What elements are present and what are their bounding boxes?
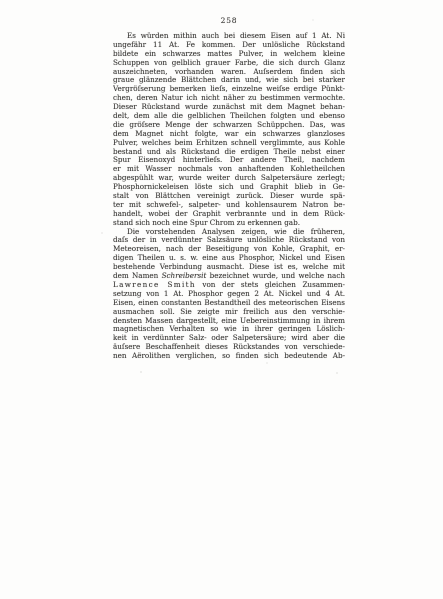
text-line: er mit Wasser nochmals von anhaftenden K… (113, 165, 345, 174)
text-segment: ungefähr 11 At. Fe kommen. Der unlöslich… (113, 41, 345, 49)
text-line: Lawrence Smith von der stets gleichen Zu… (113, 281, 345, 290)
text-line: setzung von 1 At. Phosphor gegen 2 At. N… (113, 290, 345, 299)
text-line: dem Namen Schreibersit bezeichnet wurde,… (113, 272, 345, 281)
text-segment: ausmachen soll. Sie zeigte mir freilich … (113, 308, 345, 316)
text-segment: Die vorstehenden Analysen zeigen, wie di… (127, 228, 345, 236)
text-segment: Es würden mithin auch bei diesem Eisen a… (127, 32, 345, 40)
text-line: Spur Eisenoxyd hinterlieſs. Der andere T… (113, 156, 345, 165)
text-segment: handelt, wobei der Graphit verbrannte un… (113, 210, 345, 218)
text-line: handelt, wobei der Graphit verbrannte un… (113, 210, 345, 219)
text-line: bestehende Verbindung ausmacht. Diese is… (113, 263, 345, 272)
text-segment: setzung von 1 At. Phosphor gegen 2 At. N… (113, 290, 345, 298)
text-line: nen Aërolithen verglichen, so finden sic… (113, 352, 345, 361)
text-line: Eisen, einen constanten Bestandtheil des… (113, 299, 345, 308)
text-line: ausmachen soll. Sie zeigte mir freilich … (113, 308, 345, 317)
text-segment: keit in verdünnter Salz- oder Salpetersä… (113, 334, 345, 342)
text-segment: von der stets gleichen Zusammen- (196, 281, 345, 289)
text-segment-letterspaced: Lawrence Smith (113, 281, 196, 289)
text-line: die gröſsere Menge der schwarzen Schüppc… (113, 121, 345, 130)
text-segment: graue glänzende Blättchen darin und, wie… (113, 76, 345, 84)
text-line: Meteoreisen, nach der Beseitigung von Ko… (113, 245, 345, 254)
book-page: 258 Es würden mithin auch bei diesem Eis… (0, 0, 443, 599)
text-segment: Dieser Rückstand wurde zunächst mit dem … (113, 103, 345, 111)
text-segment: abgespühlt war, wurde weiter durch Salpe… (113, 174, 345, 182)
text-segment: er mit Wasser nochmals von anhaftenden K… (113, 165, 345, 173)
text-segment: digen Theilen u. s. w. eine aus Phosphor… (113, 254, 345, 262)
text-segment: dem Namen (113, 272, 162, 280)
text-segment: bestand und als Rückstand die erdigen Th… (113, 148, 345, 156)
text-line: ter mit schwefel-, salpeter- und kohlens… (113, 201, 345, 210)
text-line: dem Magnet nicht folgte, war ein schwarz… (113, 130, 345, 139)
text-line: graue glänzende Blättchen darin und, wie… (113, 76, 345, 85)
page-number: 258 (113, 16, 345, 25)
text-line: Pulver, welches beim Erhitzen schnell ve… (113, 139, 345, 148)
text-segment: auszeichneten, vorhanden waren. Auſserde… (113, 68, 345, 76)
text-line: keit in verdünnter Salz- oder Salpetersä… (113, 334, 345, 343)
text-line: Vergröſserung bemerken lieſs, einzelne w… (113, 85, 345, 94)
text-segment: Eisen, einen constanten Bestandtheil des… (113, 299, 345, 307)
text-line: bestand und als Rückstand die erdigen Th… (113, 148, 345, 157)
text-segment: Vergröſserung bemerken lieſs, einzelne w… (113, 85, 345, 93)
scan-speck-noise (0, 0, 2, 2)
text-line: ungefähr 11 At. Fe kommen. Der unlöslich… (113, 41, 345, 50)
text-segment: magnetischen Verhalten so wie in ihrer g… (113, 325, 345, 333)
text-segment-italic: Schreibersit (162, 272, 207, 280)
text-segment: daſs der in verdünnter Salzsäure unlösli… (113, 236, 345, 244)
text-line: Die vorstehenden Analysen zeigen, wie di… (113, 228, 345, 237)
text-segment: dem Magnet nicht folgte, war ein schwarz… (113, 130, 345, 138)
text-segment: ter mit schwefel-, salpeter- und kohlens… (113, 201, 345, 209)
page-column: 258 Es würden mithin auch bei diesem Eis… (113, 16, 345, 361)
text-line: Es würden mithin auch bei diesem Eisen a… (113, 32, 345, 41)
text-line: bildete ein schwarzes mattes Pulver, in … (113, 50, 345, 59)
text-segment: chen, deren Natur ich nicht näher zu bes… (113, 94, 345, 102)
text-segment: Phosphornickeleisen löste sich und Graph… (113, 183, 345, 191)
text-segment: delt, dem alle die gelblichen Theilchen … (113, 112, 345, 120)
text-segment: bestehende Verbindung ausmacht. Diese is… (113, 263, 345, 271)
text-line: Dieser Rückstand wurde zunächst mit dem … (113, 103, 345, 112)
text-segment: stalt von Blättchen vereinigt zurück. Di… (113, 192, 345, 200)
text-line: magnetischen Verhalten so wie in ihrer g… (113, 325, 345, 334)
text-segment: stand sich noch eine Spur Chrom zu erken… (113, 219, 300, 227)
text-line: stand sich noch eine Spur Chrom zu erken… (113, 219, 345, 228)
text-segment: Pulver, welches beim Erhitzen schnell ve… (113, 139, 345, 147)
text-line: Phosphornickeleisen löste sich und Graph… (113, 183, 345, 192)
text-line: chen, deren Natur ich nicht näher zu bes… (113, 94, 345, 103)
text-line: digen Theilen u. s. w. eine aus Phosphor… (113, 254, 345, 263)
text-segment: äuſsere Beschaffenheit dieses Rückstande… (113, 343, 345, 351)
text-segment: Spur Eisenoxyd hinterlieſs. Der andere T… (113, 156, 345, 164)
text-segment: Meteoreisen, nach der Beseitigung von Ko… (113, 245, 345, 253)
text-line: delt, dem alle die gelblichen Theilchen … (113, 112, 345, 121)
text-segment: nen Aërolithen verglichen, so finden sic… (113, 352, 345, 360)
text-line: Schuppen von gelblich grauer Farbe, die … (113, 59, 345, 68)
text-line: densten Massen dargestellt, eine Ueberei… (113, 317, 345, 326)
text-segment: bildete ein schwarzes mattes Pulver, in … (113, 50, 345, 58)
text-segment: Schuppen von gelblich grauer Farbe, die … (113, 59, 345, 67)
text-segment: die gröſsere Menge der schwarzen Schüppc… (113, 121, 345, 129)
text-line: stalt von Blättchen vereinigt zurück. Di… (113, 192, 345, 201)
text-line: abgespühlt war, wurde weiter durch Salpe… (113, 174, 345, 183)
body-text: Es würden mithin auch bei diesem Eisen a… (113, 32, 345, 361)
text-line: daſs der in verdünnter Salzsäure unlösli… (113, 236, 345, 245)
text-segment: densten Massen dargestellt, eine Ueberei… (113, 317, 345, 325)
text-segment: bezeichnet wurde, und welche nach (206, 272, 345, 280)
text-line: äuſsere Beschaffenheit dieses Rückstande… (113, 343, 345, 352)
text-line: auszeichneten, vorhanden waren. Auſserde… (113, 68, 345, 77)
